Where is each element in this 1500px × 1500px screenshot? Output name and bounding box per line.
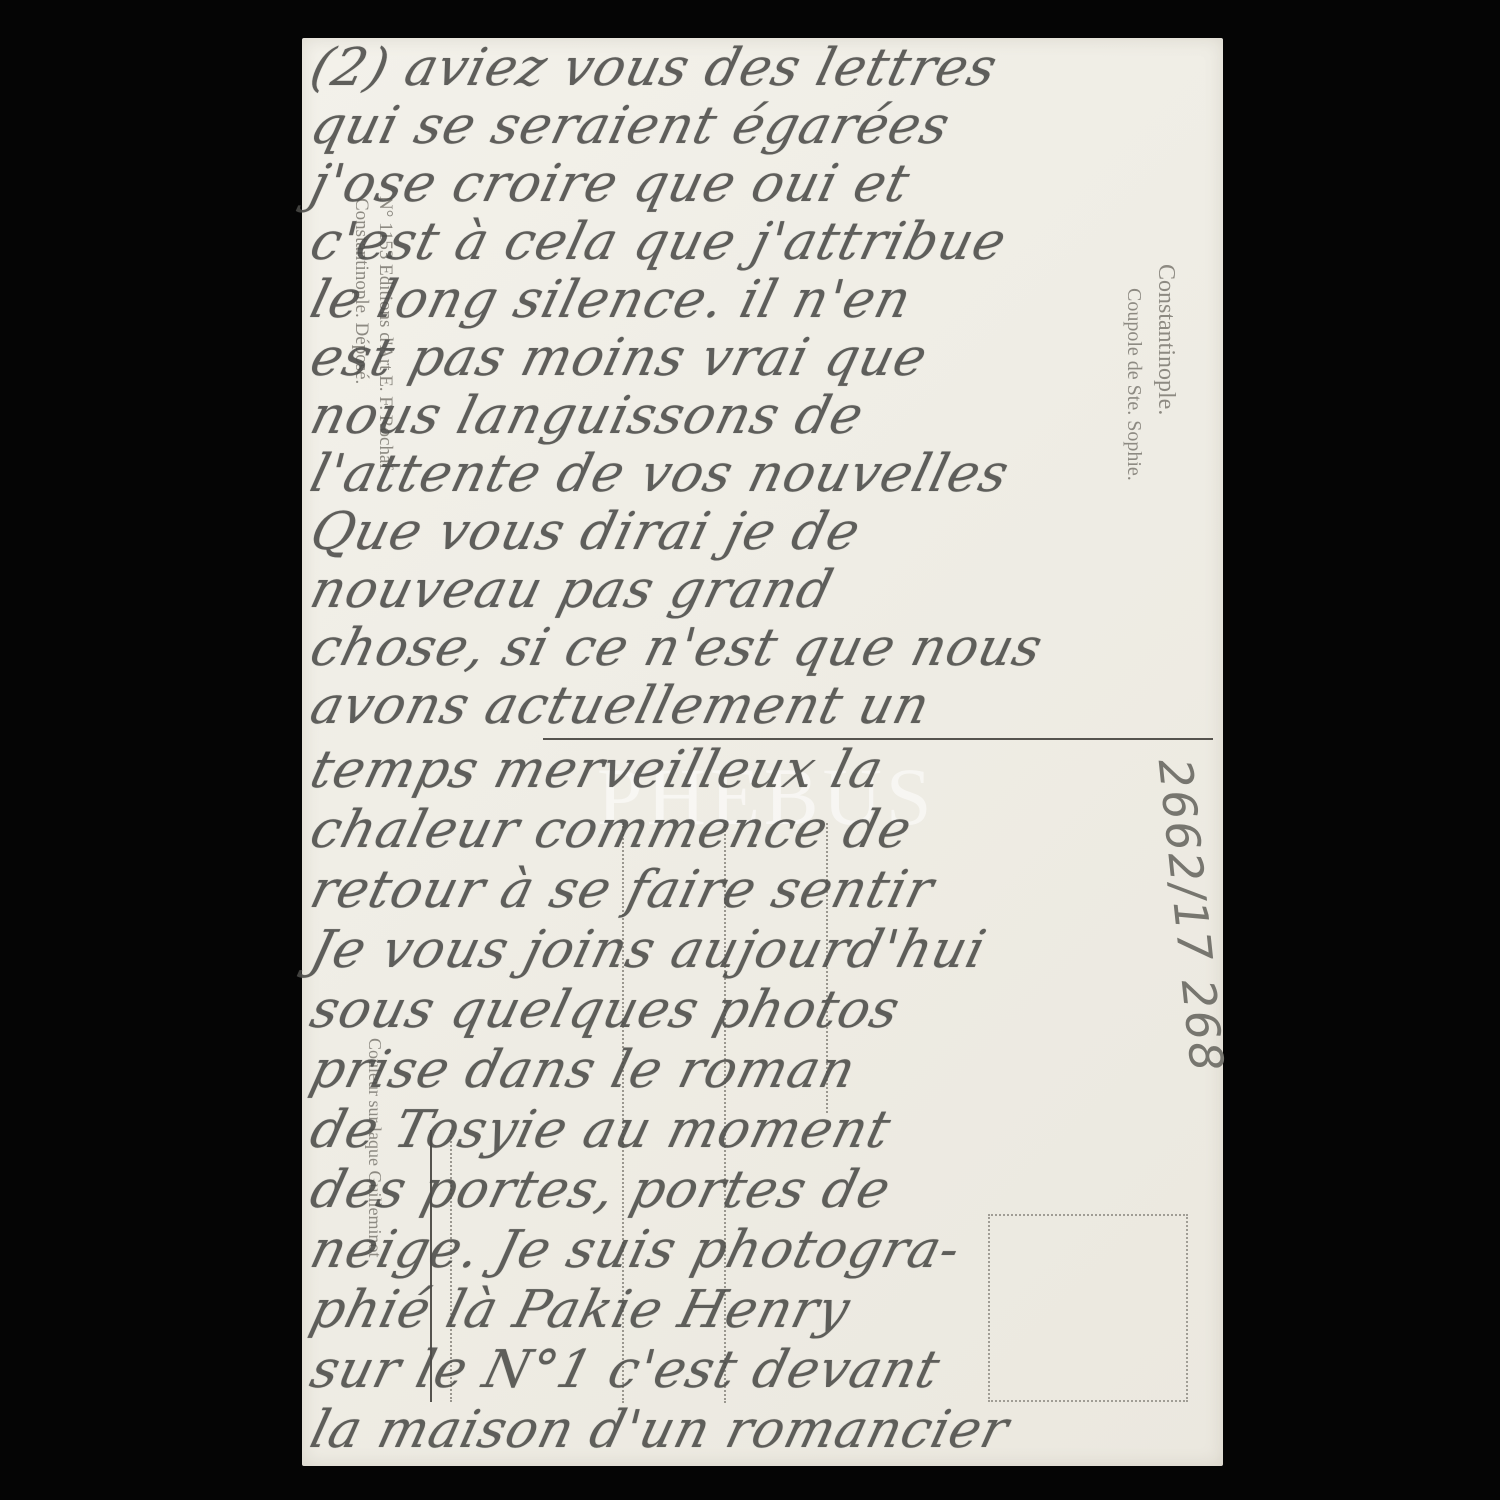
handwritten-line: temps merveilleux la [306, 744, 889, 796]
handwritten-line: j'ose croire que oui et [306, 158, 915, 210]
handwritten-line: est pas moins vrai que [306, 332, 933, 384]
handwritten-line: avons actuellement un [306, 680, 936, 732]
handwritten-line: Je vous joins aujourd'hui [306, 924, 992, 976]
handwritten-line: c'est à cela que j'attribue [306, 216, 1012, 268]
handwritten-line: Que vous dirai je de [306, 506, 866, 558]
handwritten-line: sur le N°1 c'est devant [306, 1344, 946, 1396]
handwritten-line: prise dans le roman [306, 1044, 862, 1096]
printed-caption-subtitle: Coupole de Ste. Sophie. [1122, 288, 1145, 481]
handwritten-line: la maison d'un romancier [306, 1404, 1015, 1456]
handwritten-line: chaleur commence de [306, 804, 918, 856]
handwritten-line: le long silence. il n'en [306, 274, 917, 326]
handwritten-line: nous languissons de [306, 390, 869, 442]
handwritten-line: l'attente de vos nouvelles [306, 448, 1015, 500]
inventory-number: 2662/17 268 [1148, 756, 1235, 1075]
handwritten-line: retour à se faire sentir [306, 864, 940, 916]
handwritten-line: neige. Je suis photogra- [306, 1224, 966, 1276]
handwritten-line: nouveau pas grand [306, 564, 839, 616]
stamp-box [988, 1214, 1188, 1402]
handwritten-line: chose, si ce n'est que nous [306, 622, 1048, 674]
handwritten-line: (2) aviez vous des lettres [306, 42, 1003, 94]
handwritten-line: de Tosyie au moment [306, 1104, 897, 1156]
handwritten-line: des portes, portes de [306, 1164, 897, 1216]
printed-caption-title: Constantinople. [1152, 264, 1179, 415]
handwritten-line: qui se seraient égarées [306, 100, 956, 152]
postcard-back: Constantinople. Coupole de Ste. Sophie. … [302, 38, 1223, 1466]
handwritten-line: phié là Pakie Henry [306, 1284, 856, 1336]
handwritten-line: sous quelques photos [306, 984, 906, 1036]
